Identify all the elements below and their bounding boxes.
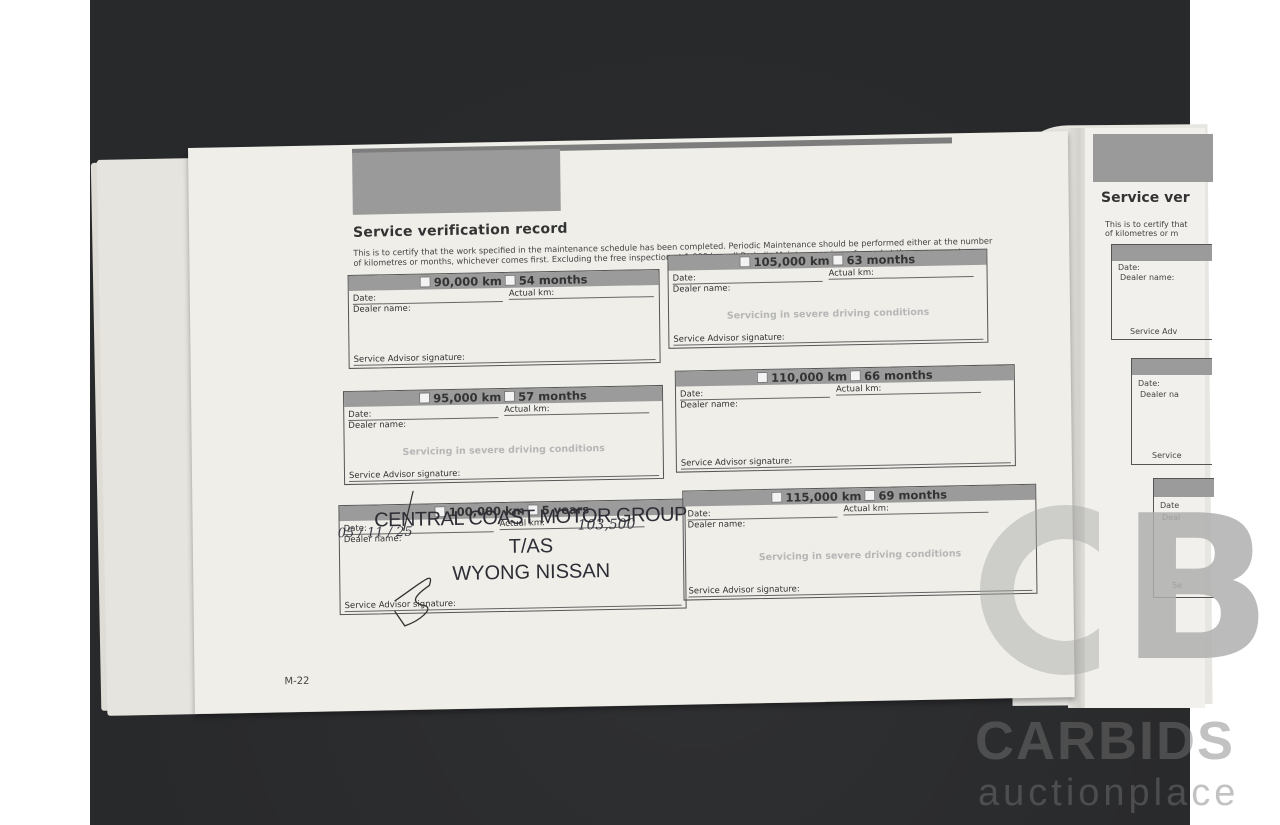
checkbox-km[interactable] [419,392,430,403]
severe-note [349,326,659,332]
checkbox-months[interactable] [850,370,861,381]
watermark-brand: CARBIDS [975,710,1235,772]
right-card: Date: Dealer name: Service Adv [1111,244,1212,340]
severe-note: Servicing in severe driving conditions [669,306,987,323]
signature-label: Service Advisor signature: [354,349,656,366]
severe-note: Servicing in severe driving conditions [345,442,663,459]
header-bar [352,149,561,215]
record-interval: 57 months [518,388,587,403]
checkbox-months[interactable] [504,391,515,402]
page-number: M-22 [284,676,309,687]
record-interval: 54 months [519,272,588,287]
checkbox-km[interactable] [771,492,782,503]
right-intro-line: This is to certify that [1105,220,1188,229]
page-title: Service verification record [353,221,568,241]
actual-km-label: Actual km: [829,266,974,280]
service-record-card: 105,000 km 63 months Date:Actual km: Dea… [667,249,988,349]
service-record-card: 100,000 km 5 years Date:Actual km: Deale… [338,499,686,616]
service-record-card: 90,000 km 54 months Date:Actual km: Deal… [348,269,661,369]
service-record-card: 110,000 km 66 months Date:Actual km: Dea… [675,364,1016,473]
right-card: Date: Dealer na Service [1131,358,1212,465]
signature-scribble [333,490,435,632]
actual-km-label: Actual km: [504,402,649,416]
signature-label: Service Advisor signature: [681,452,1011,469]
right-header-bar [1093,134,1213,182]
record-km: 115,000 km [785,489,861,504]
severe-note [676,421,1014,427]
right-page-title: Service ver [1101,190,1190,206]
checkbox-km[interactable] [420,276,431,287]
right-card-label: Service Adv [1130,327,1177,336]
service-record-card: 95,000 km 57 months Date:Actual km: Deal… [343,385,664,485]
checkbox-months[interactable] [505,275,516,286]
severe-note: Servicing in severe driving conditions [684,547,1036,565]
record-interval: 63 months [847,252,916,267]
checkbox-months[interactable] [864,490,875,501]
checkbox-km[interactable] [740,256,751,267]
record-interval: 66 months [864,367,933,382]
right-card-label: Dealer name: [1120,273,1174,282]
record-km: 90,000 km [434,273,502,288]
record-km: 95,000 km [433,390,501,405]
watermark-tagline: auctionplace [978,772,1239,815]
right-card-label: Date: [1138,379,1160,388]
right-card-label: Service [1152,451,1182,460]
right-card-label: Dealer na [1140,390,1179,399]
actual-km-label: Actual km: [843,502,988,516]
watermark-b-glyph: B [1120,505,1272,675]
record-km: 105,000 km [754,253,830,268]
checkbox-km[interactable] [757,372,768,383]
checkbox-months[interactable] [833,254,844,265]
signature-label: Service Advisor signature: [349,465,659,482]
signature-label: Service Advisor signature: [673,329,983,346]
right-intro-line: of kilometres or m [1105,229,1178,238]
record-km: 110,000 km [771,369,847,384]
actual-km-label: Actual km: [836,382,981,396]
left-page: Service verification record This is to c… [188,131,1075,714]
record-interval: 69 months [878,487,947,502]
actual-km-label: Actual km: [509,286,654,300]
right-card-label: Date: [1118,263,1140,272]
